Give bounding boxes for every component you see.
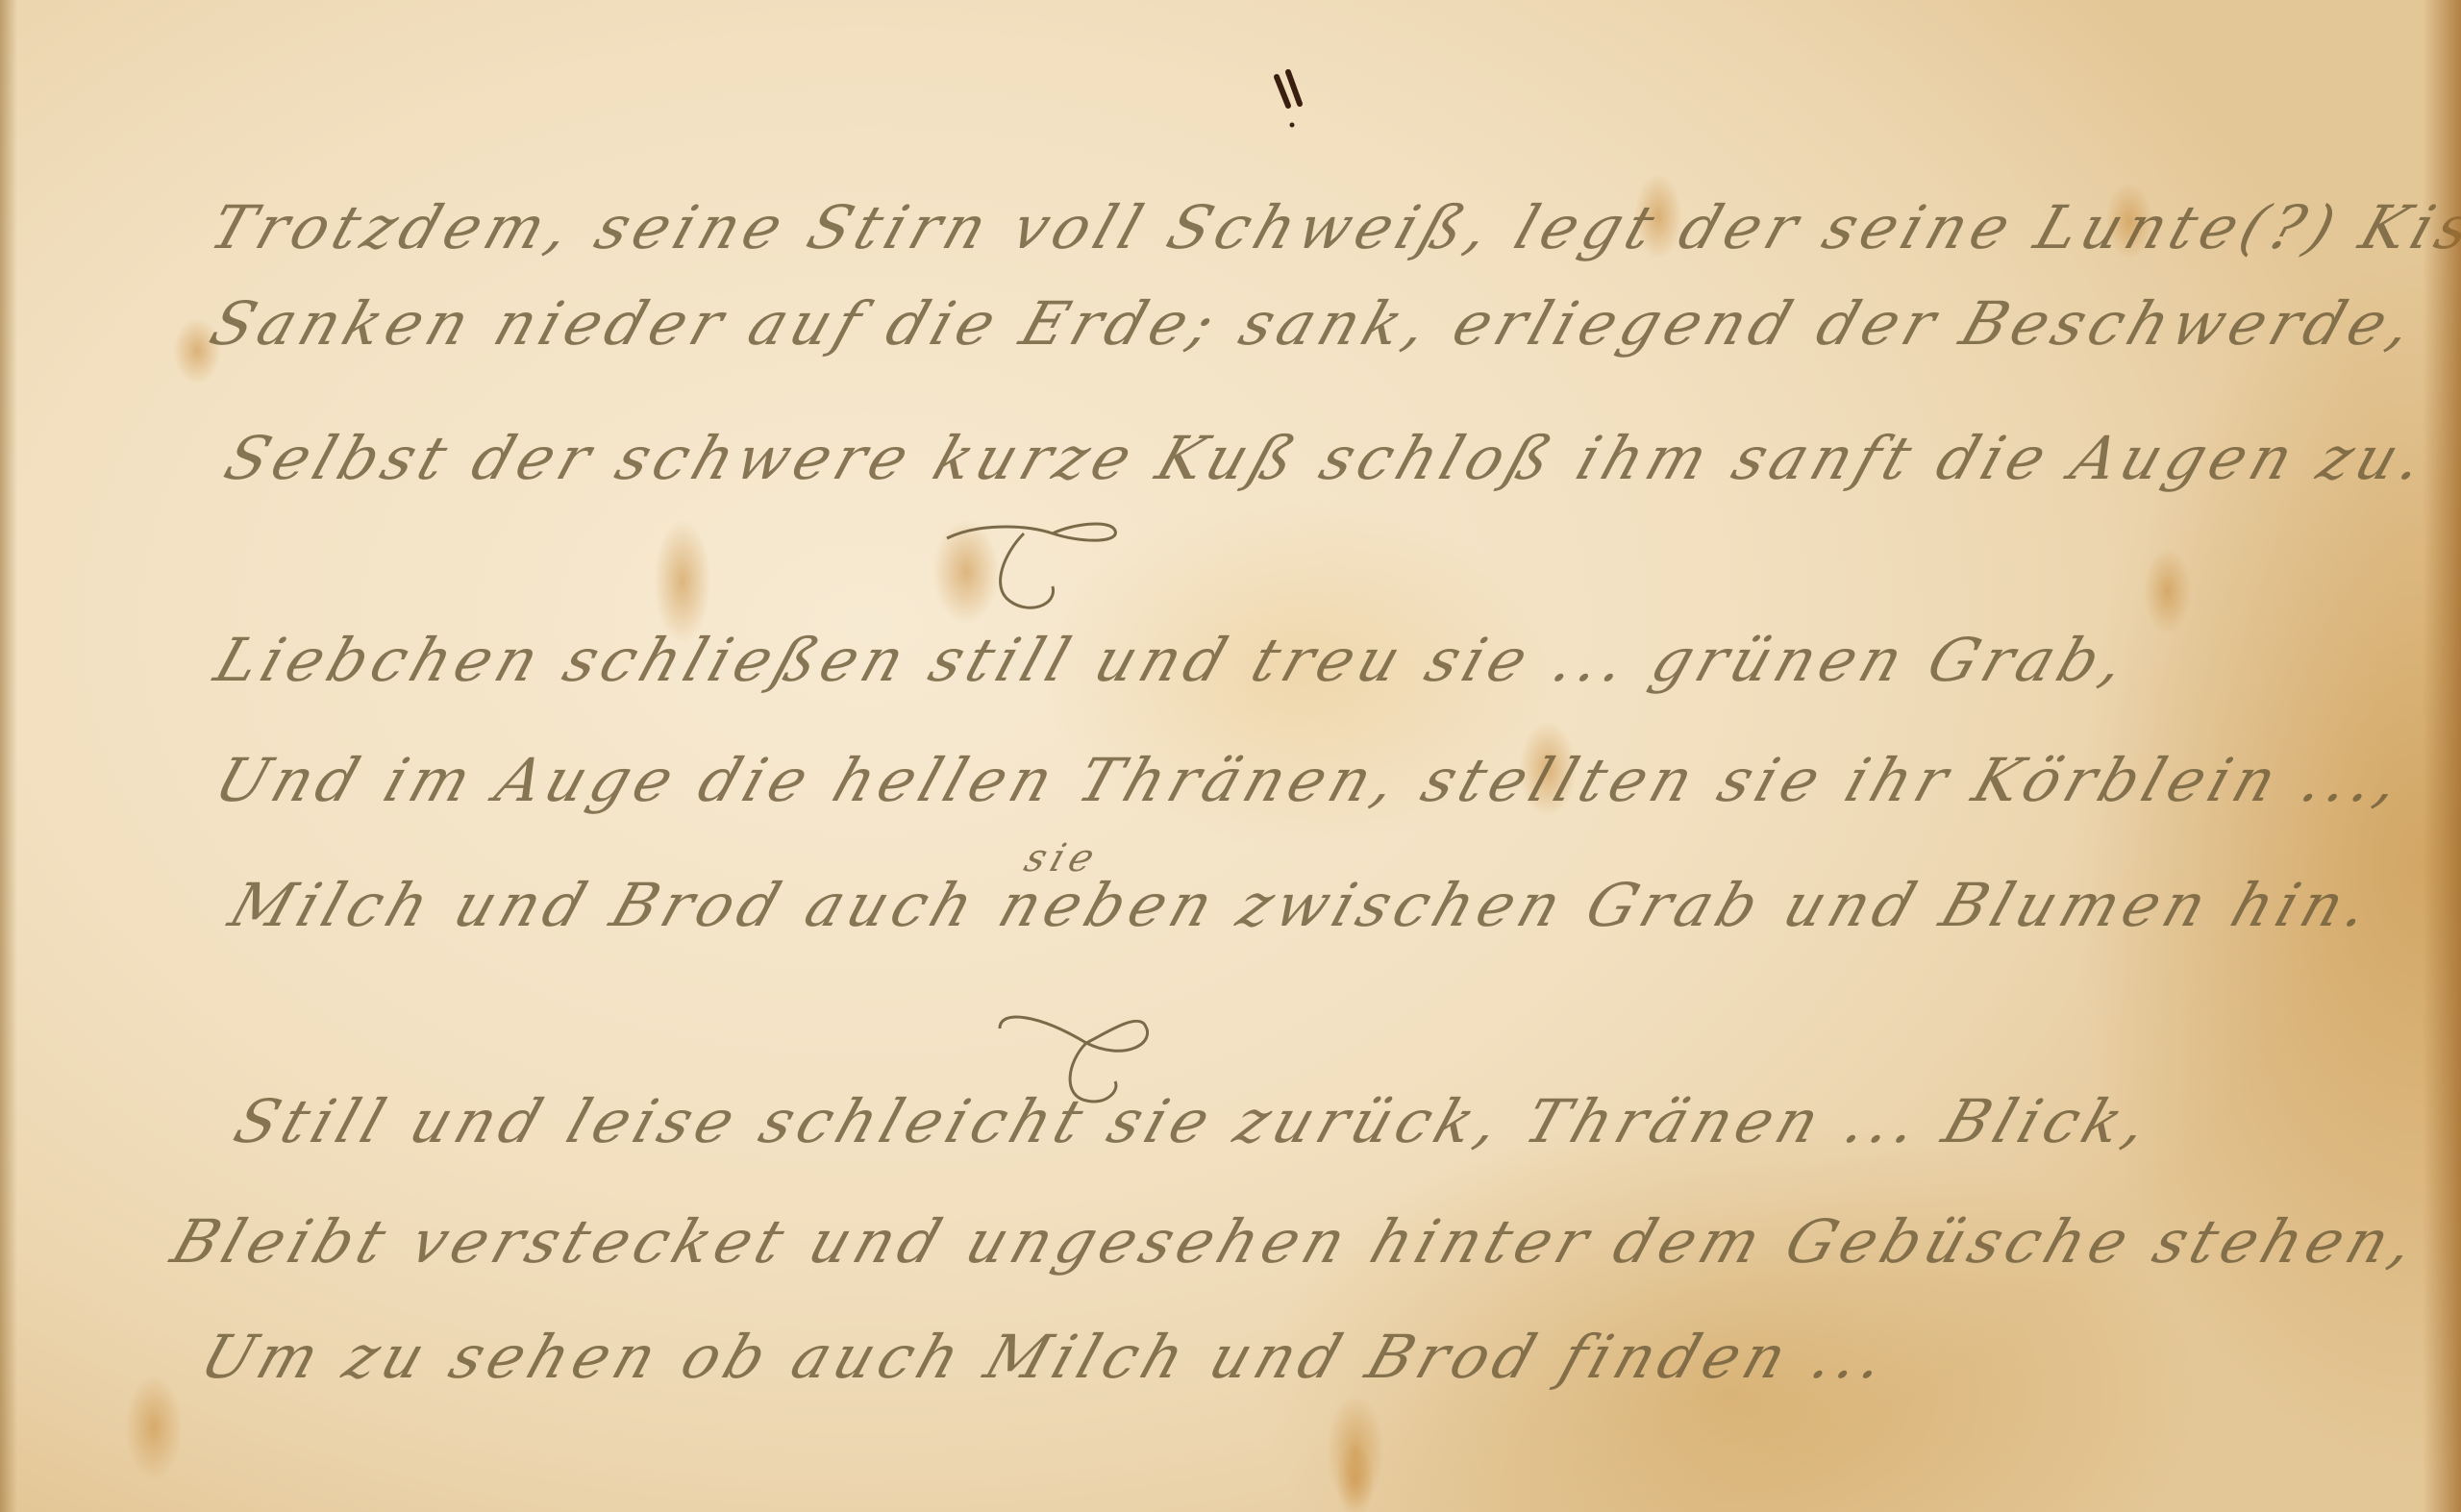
manuscript-line: Und im Auge die hellen Thränen, stellten…: [207, 745, 2414, 815]
foxing-stain: [125, 1375, 183, 1480]
interlinear-insertion: sie: [1019, 836, 1106, 880]
manuscript-line: Trotzdem, seine Stirn voll Schweiß, legt…: [202, 192, 2461, 262]
manuscript-line: Milch und Brod auch neben zwischen Grab …: [221, 870, 2383, 940]
foxing-stain: [1336, 1442, 1375, 1512]
manuscript-line: Sanken nieder auf die Erde; sank, erlieg…: [202, 288, 2427, 359]
manuscript-line: Liebchen schließen still und treu sie ..…: [207, 625, 2140, 695]
manuscript-line: Bleibt verstecket und ungesehen hinter d…: [163, 1206, 2429, 1277]
manuscript-line: Um zu sehen ob auch Milch und Brod finde…: [192, 1322, 1900, 1392]
ink-mark: [1269, 67, 1307, 135]
manuscript-line: Still und leise schleicht sie zurück, Th…: [226, 1086, 2162, 1156]
manuscript-page: Trotzdem, seine Stirn voll Schweiß, legt…: [0, 0, 2461, 1512]
manuscript-line: Selbst der schwere kurze Kuß schloß ihm …: [216, 423, 2438, 493]
foxing-stain: [2144, 548, 2192, 634]
section-divider-flourish: [937, 519, 1130, 615]
